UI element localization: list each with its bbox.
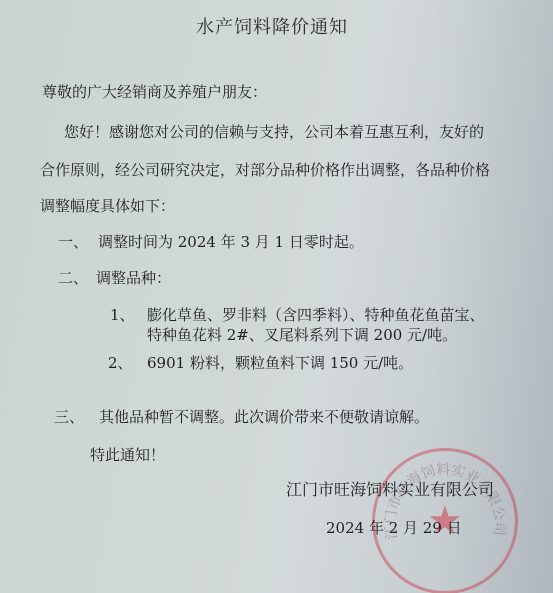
item-number-1: 1、 <box>110 305 135 325</box>
salutation: 尊敬的广大经销商及养殖户朋友： <box>42 82 267 102</box>
intro-paragraph-line-2: 合作原则，经公司研究决定，对部分品种价格作出调整，各品种价格 <box>40 160 490 180</box>
item-number-2: 2、 <box>108 353 133 373</box>
section-number-3: 三、 <box>54 407 84 427</box>
notice-document: 水产饲料降价通知 尊敬的广大经销商及养殖户朋友： 您好！感谢您对公司的信赖与支持… <box>0 0 553 593</box>
intro-paragraph-line-3: 调整幅度具体如下： <box>40 196 175 216</box>
section-text-2: 调整品种： <box>96 268 171 288</box>
section-text-1: 调整时间为 2024 年 3 月 1 日零时起。 <box>98 232 364 252</box>
item-text-1-line-1: 膨化草鱼、罗非料（含四季料）、特种鱼花鱼苗宝、 <box>147 305 485 325</box>
item-text-2: 6901 粉料，颗粒鱼料下调 150 元/吨。 <box>147 353 413 373</box>
item-text-1-line-2: 特种鱼花料 2#、叉尾料系列下调 200 元/吨。 <box>147 325 457 345</box>
section-number-1: 一、 <box>58 232 88 252</box>
closing-text: 特此通知！ <box>90 445 165 465</box>
document-title: 水产饲料降价通知 <box>196 18 348 38</box>
section-text-3: 其他品种暂不调整。此次调价带来不便敬请谅解。 <box>99 407 429 427</box>
intro-paragraph-line-1: 您好！感谢您对公司的信赖与支持，公司本着互惠互利，友好的 <box>64 122 484 142</box>
signature-date: 2024 年 2 月 29 日 <box>326 518 462 538</box>
company-name: 江门市旺海饲料实业有限公司 <box>286 480 494 500</box>
section-number-2: 二、 <box>58 268 88 288</box>
